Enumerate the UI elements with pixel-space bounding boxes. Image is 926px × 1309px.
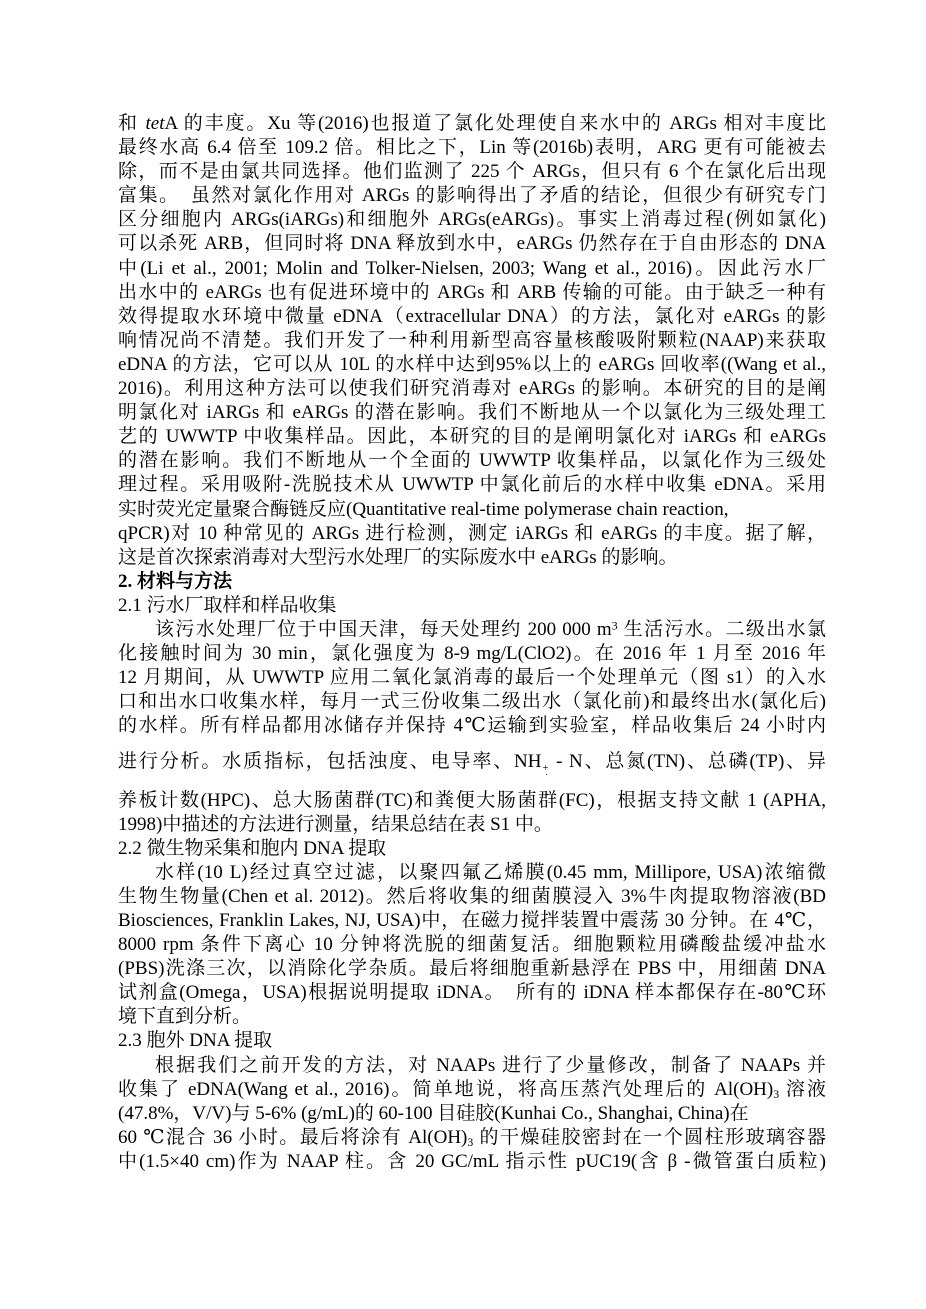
text-line: 的潜在影响。我们不断地从一个全面的 UWWTP 收集样品，以氯化作为三级处 (118, 449, 826, 473)
text-line: 除，而不是由氯共同选择。他们监测了 225 个 ARGs，但只有 6 个在氯化后… (118, 160, 826, 184)
text-line: 实时荧光定量聚合酶链反应(Quantitative real-time poly… (118, 498, 826, 522)
text-line: 中(1.5×40 cm)作为 NAAP 柱。含 20 GC/mL 指示性 pUC… (118, 1150, 826, 1174)
text-line: eDNA 的方法，它可以从 10L 的水样中达到95%以上的 eARGs 回收率… (118, 353, 826, 377)
text-line: Biosciences, Franklin Lakes, NJ, USA)中，在… (118, 909, 826, 933)
text-line: 和 tetA 的丰度。Xu 等(2016)也报道了氯化处理使自来水中的 ARGs… (118, 112, 826, 136)
text-line: 出水中的 eARGs 也有促进环境中的 ARGs 和 ARB 传输的可能。由于缺… (118, 281, 826, 305)
document-page: 和 tetA 的丰度。Xu 等(2016)也报道了氯化处理使自来水中的 ARGs… (0, 0, 926, 1309)
text-line: 的水样。所有样品都用冰储存并保持 4℃运输到实验室，样品收集后 24 小时内 (118, 714, 826, 738)
chemical-formula-subscript-superscript: +4 (542, 764, 550, 774)
text-line: 12 月期间，从 UWWTP 应用二氧化氯消毒的最后一个处理单元（图 s1）的入… (118, 666, 826, 690)
text-line: 试剂盒(Omega，USA)根据说明提取 iDNA。 所有的 iDNA 样本都保… (118, 981, 826, 1005)
text-line: 艺的 UWWTP 中收集样品。因此，本研究的目的是阐明氯化对 iARGs 和 e… (118, 425, 826, 449)
text-line: 境下直到分析。 (118, 1005, 826, 1029)
text-line: 这是首次探索消毒对大型污水处理厂的实际废水中 eARGs 的影响。 (118, 546, 826, 570)
text-line: 效得提取水环境中微量 eDNA（extracellular DNA）的方法，氯化… (118, 305, 826, 329)
document-text-block: 和 tetA 的丰度。Xu 等(2016)也报道了氯化处理使自来水中的 ARGs… (118, 112, 826, 1174)
subsection-heading-2-1: 2.1 污水厂取样和样品收集 (118, 594, 826, 618)
subsection-heading-2-3: 2.3 胞外 DNA 提取 (118, 1029, 826, 1053)
text-line: 60 ℃混合 36 小时。最后将涂有 Al(OH)3 的干燥硅胶密封在一个圆柱形… (118, 1126, 826, 1150)
text-line: 1998)中描述的方法进行测量，结果总结在表 S1 中。 (118, 813, 826, 837)
text-line: 可以杀死 ARB，但同时将 DNA 释放到水中，eARGs 仍然存在于自由形态的… (118, 232, 826, 256)
text-line: 口和出水口收集水样，每月一式三份收集二级出水（氯化前)和最终出水(氯化后) (118, 690, 826, 714)
subsection-heading-2-2: 2.2 微生物采集和胞内 DNA 提取 (118, 837, 826, 861)
text-line: 明氯化对 iARGs 和 eARGs 的潜在影响。我们不断地从一个以氯化为三级处… (118, 401, 826, 425)
text-line: 根据我们之前开发的方法，对 NAAPs 进行了少量修改，制备了 NAAPs 并 (118, 1054, 826, 1078)
text-line: 富集。 虽然对氯化作用对 ARGs 的影响得出了矛盾的结论，但很少有研究专门 (118, 184, 826, 208)
text-line: 收集了 eDNA(Wang et al., 2016)。简单地说，将高压蒸汽处理… (118, 1078, 826, 1102)
text-line: 养板计数(HPC)、总大肠菌群(TC)和粪便大肠菌群(FC)，根据支持文献 1 … (118, 789, 826, 813)
text-line: (PBS)洗涤三次，以消除化学杂质。最后将细胞重新悬浮在 PBS 中，用细菌 D… (118, 957, 826, 981)
text-line: 中(Li et al., 2001; Molin and Tolker-Niel… (118, 257, 826, 281)
text-line: 区分细胞内 ARGs(iARGs)和细胞外 ARGs(eARGs)。事实上消毒过… (118, 208, 826, 232)
text-line: 8000 rpm 条件下离心 10 分钟将洗脱的细菌复活。细胞颗粒用磷酸盐缓冲盐… (118, 933, 826, 957)
text-line-formula: 进行分析。水质指标，包括浊度、电导率、NH+4 - N、总氮(TN)、总磷(TP… (118, 750, 826, 774)
text-line: 理过程。采用吸附-洗脱技术从 UWWTP 中氯化前后的水样中收集 eDNA。采用 (118, 473, 826, 497)
text-line: 化接触时间为 30 min，氯化强度为 8-9 mg/L(ClO2)。在 201… (118, 642, 826, 666)
text-line: 最终水高 6.4 倍至 109.2 倍。相比之下，Lin 等(2016b)表明，… (118, 136, 826, 160)
text-line: 该污水处理厂位于中国天津，每天处理约 200 000 m3 生活污水。二级出水氯 (118, 618, 826, 642)
text-line: 生物生物量(Chen et al. 2012)。然后将收集的细菌膜浸入 3%牛肉… (118, 885, 826, 909)
section-heading-materials-methods: 2. 材料与方法 (118, 570, 826, 594)
text-line: 2016)。利用这种方法可以使我们研究消毒对 eARGs 的影响。本研究的目的是… (118, 377, 826, 401)
text-line: 水样(10 L)经过真空过滤，以聚四氟乙烯膜(0.45 mm, Millipor… (118, 861, 826, 885)
text-line: 响情况尚不清楚。我们开发了一种利用新型高容量核酸吸附颗粒(NAAP)来获取 (118, 329, 826, 353)
text-line: (47.8%，V/V)与 5-6% (g/mL)的 60-100 目硅胶(Kun… (118, 1102, 826, 1126)
text-line: qPCR)对 10 种常见的 ARGs 进行检测，测定 iARGs 和 eARG… (118, 522, 826, 546)
